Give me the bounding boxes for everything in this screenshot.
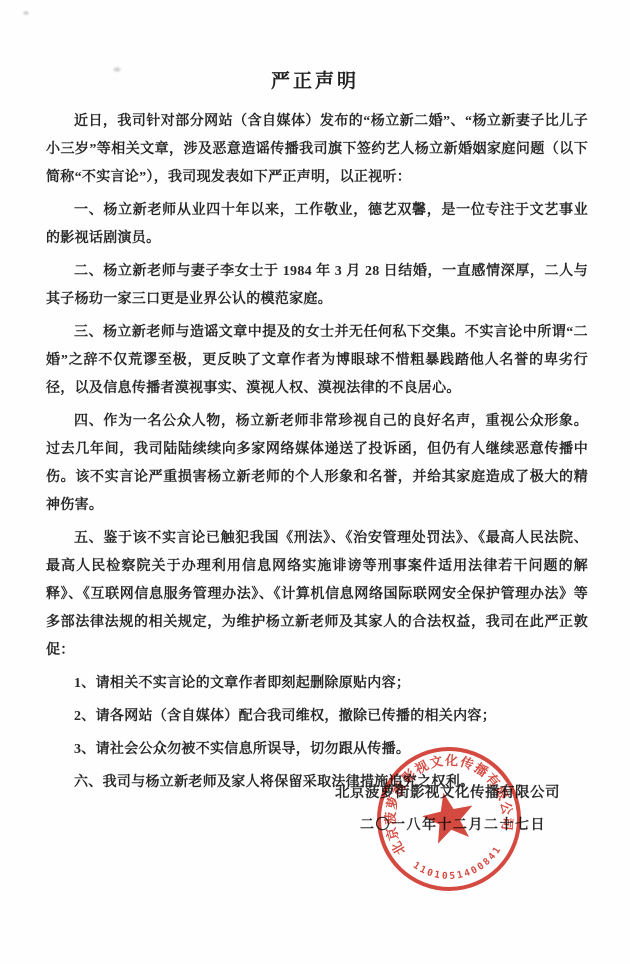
company-seal-stamp: 北京菠萝街影视文化传播有限公司 1101051400841 bbox=[369, 739, 529, 899]
scan-artifact bbox=[112, 66, 122, 73]
paragraph-demand-2: 2、请各网站（含自媒体）配合我司维权，撤除已传播的相关内容； bbox=[46, 703, 588, 731]
document-title: 严正声明 bbox=[0, 0, 630, 93]
seal-star-icon bbox=[418, 787, 478, 845]
paragraph-demand-1: 1、请相关不实言论的文章作者即刻起删除原贴内容； bbox=[46, 670, 588, 698]
paragraph-point-2: 二、杨立新老师与妻子李女士于 1984 年 3 月 28 日结婚，一直感情深厚，… bbox=[46, 258, 588, 314]
paragraph-point-1: 一、杨立新老师从业四十年以来，工作敬业，德艺双馨，是一位专注于文艺事业的影视话剧… bbox=[46, 197, 588, 253]
paragraph-point-4: 四、作为一名公众人物，杨立新老师非常珍视自己的良好名声，重视公众形象。过去几年间… bbox=[46, 408, 588, 520]
paragraph-point-3: 三、杨立新老师与造谣文章中提及的女士并无任何私下交集。不实言论中所谓“二婚”之辞… bbox=[46, 319, 588, 403]
document-body: 近日，我司针对部分网站（含自媒体）发布的“杨立新二婚”、“杨立新妻子比儿子小三岁… bbox=[0, 93, 630, 797]
paragraph-intro: 近日，我司针对部分网站（含自媒体）发布的“杨立新二婚”、“杨立新妻子比儿子小三岁… bbox=[46, 108, 588, 192]
scan-artifact bbox=[22, 10, 30, 16]
paragraph-point-5: 五、鉴于该不实言论已触犯我国《刑法》、《治安管理处罚法》、《最高人民法院、最高人… bbox=[46, 525, 588, 665]
statement-document: 严正声明 近日，我司针对部分网站（含自媒体）发布的“杨立新二婚”、“杨立新妻子比… bbox=[0, 0, 630, 964]
